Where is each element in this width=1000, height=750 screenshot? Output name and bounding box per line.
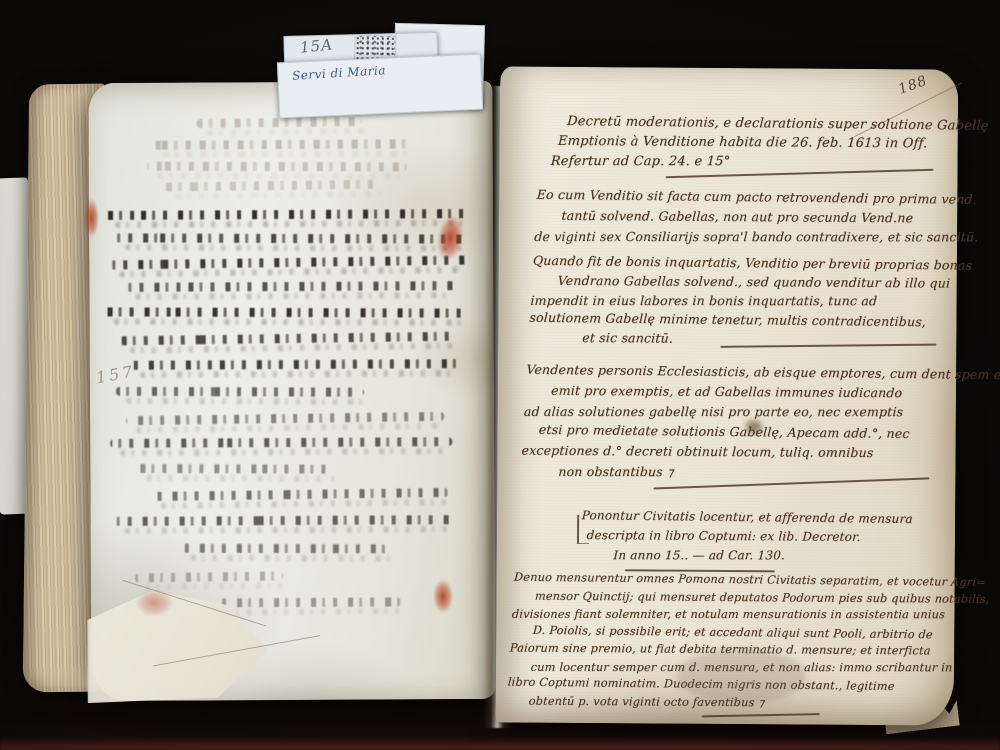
manuscript-line: ad alias solutiones gabellę nisi pro par… — [523, 402, 944, 422]
faded-text-line — [153, 139, 411, 149]
left-page: 157 — [88, 81, 495, 701]
faded-text-line — [147, 162, 407, 172]
brown-smudge — [676, 648, 806, 705]
paragraph-1: Eo cum Venditio sit facta cum pacto retr… — [534, 186, 958, 249]
paragraph-3: Vendentes personis Ecclesiasticis, ab ei… — [520, 361, 947, 484]
red-stain-edge — [84, 198, 99, 238]
paragraph-2: Quando fit de bonis inquartatis, Venditi… — [528, 252, 954, 350]
tab-number: 15A — [299, 35, 334, 56]
faded-text-line — [110, 437, 452, 448]
faded-text-line — [150, 488, 448, 501]
faded-text-line — [109, 256, 467, 270]
faded-text-line — [120, 332, 458, 346]
manuscript-line: tantū solvend. Gabellas, non aut pro sec… — [561, 206, 956, 229]
manuscript-line: exceptiones d.° decreti obtinuit locum, … — [521, 441, 942, 464]
faded-text-line — [135, 571, 283, 582]
faded-text-line — [115, 515, 453, 526]
red-wax-drop — [433, 579, 453, 613]
heading-line: Refertur ad Cap. 24. e 15° — [550, 152, 959, 171]
manuscript-line: Vendrano Gabellas solvend., sed quando v… — [557, 271, 952, 293]
faded-text-line — [125, 281, 455, 292]
manuscript-text: Decretū moderationis, e declarationis su… — [506, 113, 961, 713]
right-page: 188 Decretū moderationis, e declarationi… — [496, 66, 959, 725]
pen-stroke — [702, 713, 820, 717]
manuscript-line: descripta in libro Coptumi: ex lib. Decr… — [586, 526, 937, 547]
decree-heading: Decretū moderationis, e declarationis su… — [564, 113, 961, 173]
faded-text-line — [197, 117, 362, 128]
table-edge — [0, 737, 1000, 750]
archival-slips: 15A Servi di Maria — [278, 22, 486, 118]
faded-text-line — [104, 307, 468, 317]
heading-line: Emptionis à Venditione habita die 26. fe… — [557, 132, 960, 154]
manuscript-line: divisiones fiant solemniter, et notulam … — [511, 606, 932, 624]
indented-note: Ponontur Civitatis locentur, et afferend… — [579, 507, 938, 566]
faded-text-line — [126, 412, 444, 425]
faded-text-line — [116, 387, 364, 397]
manuscript-line: de viginti sex Consiliarijs sopra'l band… — [534, 227, 955, 247]
faded-text-line — [165, 180, 381, 192]
faded-text-line — [181, 544, 389, 554]
ink-smudge — [746, 420, 762, 433]
folio-number: 188 — [897, 73, 930, 98]
faded-text-line — [130, 359, 460, 370]
manuscript-line: In anno 15.. — ad Car. 130. — [613, 546, 936, 565]
faded-text-line — [115, 233, 465, 243]
left-page-number: 157 — [95, 362, 137, 388]
manuscript-line: Ponontur Civitatis locentur, et afferend… — [581, 506, 938, 529]
faded-text-line — [136, 464, 332, 474]
margin-bracket — [577, 515, 589, 544]
manuscript-line: impendit in eius labores in bonis inquar… — [530, 291, 951, 310]
faded-text-line — [105, 209, 471, 220]
photo-of-open-manuscript: 157 188 Decretū moderationis, e declarat… — [0, 0, 1000, 750]
manuscript-line: mensor Quinctij; qui mensuret deputatos … — [534, 587, 933, 607]
faded-text-line — [215, 597, 401, 607]
manuscript-line: emit pro exemptis, et ad Gabellas immune… — [551, 381, 946, 404]
red-smudge — [135, 589, 173, 617]
